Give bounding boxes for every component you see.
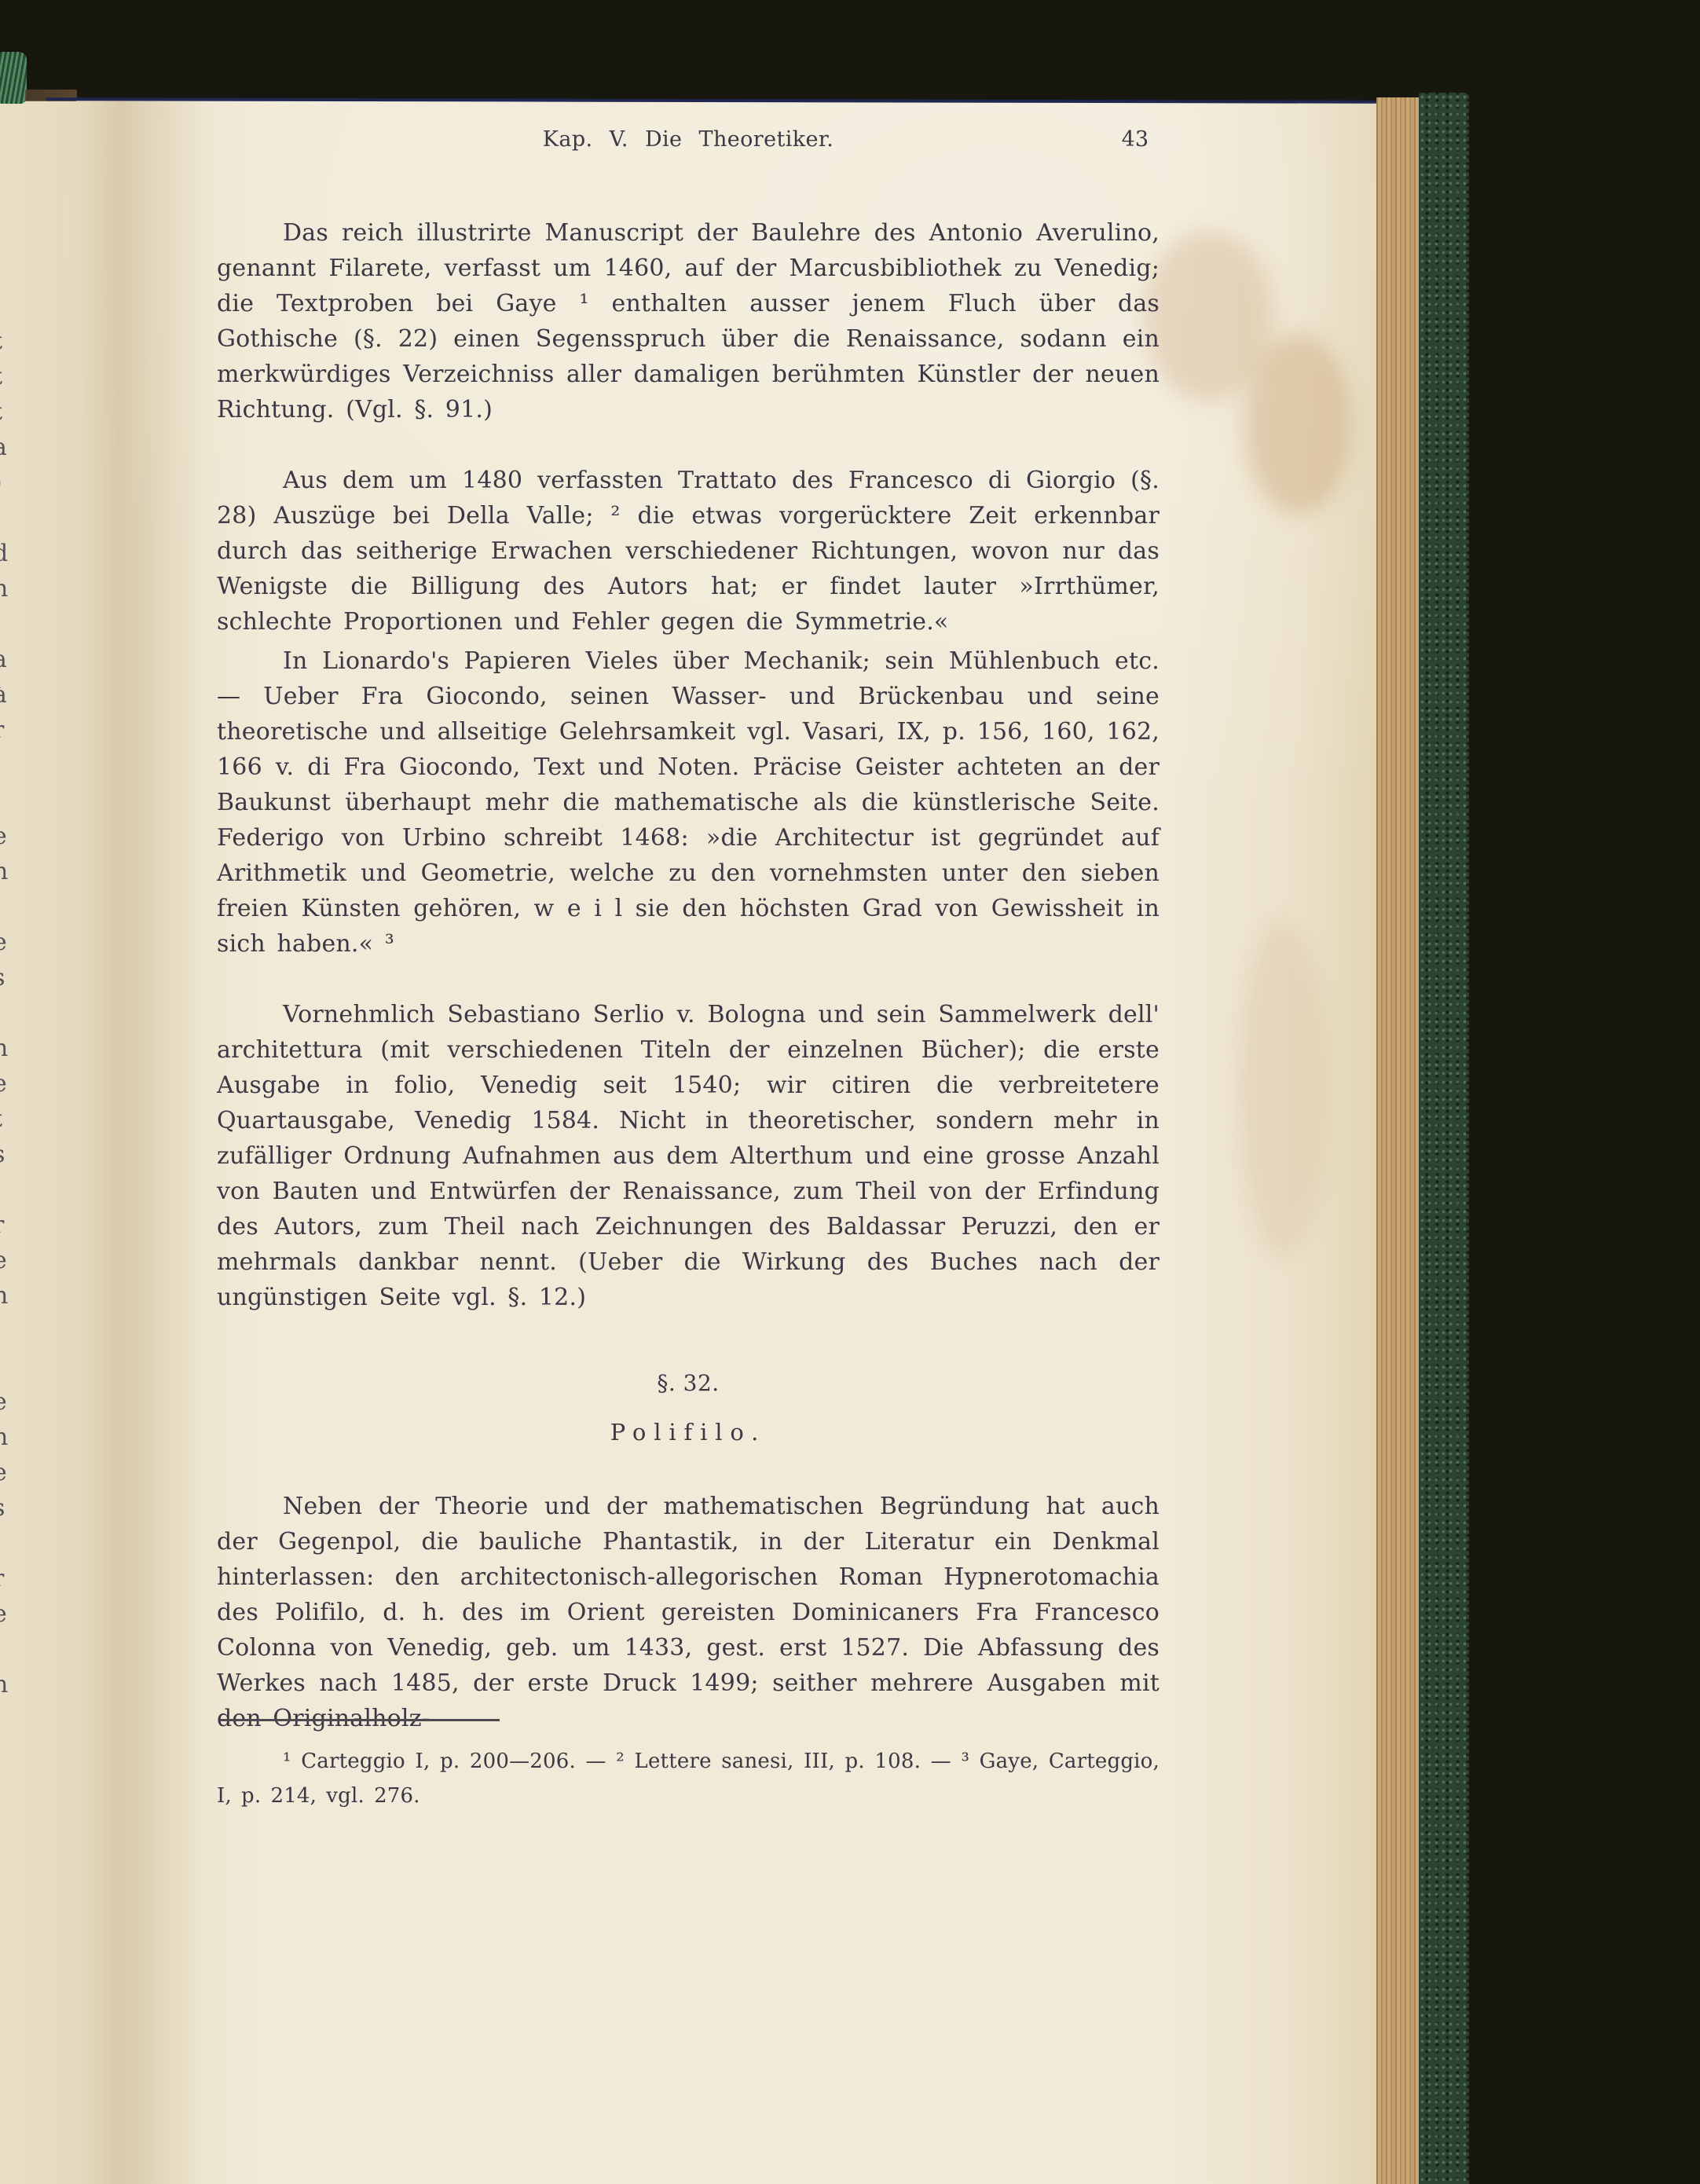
running-title: Kap. V. Die Theoretiker. bbox=[217, 127, 1160, 152]
fragment-char: - bbox=[0, 1632, 24, 1667]
fragment-char: r bbox=[0, 713, 24, 748]
fragment-char: e bbox=[0, 925, 24, 960]
fragment-char: t bbox=[0, 324, 24, 359]
fragment-char: t bbox=[0, 1101, 24, 1137]
fragment-char: e bbox=[0, 819, 24, 854]
fragment-char: , bbox=[0, 783, 24, 819]
fragment-char: s bbox=[0, 960, 24, 995]
fragment-char: e bbox=[0, 1596, 24, 1632]
fragment-char: n bbox=[0, 1031, 24, 1066]
fragment-char: r bbox=[0, 1561, 24, 1596]
fragment-char: r bbox=[0, 1207, 24, 1243]
paragraph-francesco-di-giorgio: Aus dem um 1480 verfassten Trattato des … bbox=[217, 463, 1160, 639]
page-number: 43 bbox=[1122, 127, 1149, 152]
fragment-char: - bbox=[0, 1349, 24, 1384]
fragment-char: n bbox=[0, 1278, 24, 1314]
fragment-char: à bbox=[0, 677, 24, 713]
fragment-char: n bbox=[0, 1420, 24, 1455]
fragment-char: d bbox=[0, 536, 24, 571]
book-photo: ttta)idnaàr,,enes.netslren-enes-re-n Kap… bbox=[0, 0, 1700, 2184]
fragment-char: s bbox=[0, 1490, 24, 1526]
binding-headband bbox=[0, 52, 27, 104]
page-block-edges bbox=[1376, 97, 1420, 2184]
footnote-rule bbox=[220, 1719, 500, 1721]
fragment-char: e bbox=[0, 1243, 24, 1278]
fragment-char: n bbox=[0, 854, 24, 889]
fragment-char bbox=[0, 1314, 24, 1349]
fragment-char: e bbox=[0, 1384, 24, 1420]
fragment-char: , bbox=[0, 748, 24, 783]
fragment-char: i bbox=[0, 500, 24, 536]
fragment-char: s bbox=[0, 1137, 24, 1172]
paragraph-polifilo: Neben der Theorie und der mathematischen… bbox=[217, 1489, 1160, 1736]
paragraph-serlio: Vornehmlich Sebastiano Serlio v. Bologna… bbox=[217, 997, 1160, 1315]
fragment-char: n bbox=[0, 571, 24, 606]
fragment-char: a bbox=[0, 642, 24, 677]
fragment-char bbox=[0, 606, 24, 642]
book-cover-edge bbox=[1419, 93, 1469, 2184]
fragment-char: e bbox=[0, 1455, 24, 1490]
fragment-char: t bbox=[0, 359, 24, 394]
fragment-char: n bbox=[0, 1667, 24, 1702]
fragment-char: l bbox=[0, 1172, 24, 1207]
paragraph-lionardo-fra-giocondo: In Lionardo's Papieren Vieles über Mecha… bbox=[217, 643, 1160, 962]
fragment-char: e bbox=[0, 1066, 24, 1101]
section-title-heading: Polifilo. bbox=[217, 1419, 1160, 1446]
fragment-char: ) bbox=[0, 465, 24, 500]
fragment-char: . bbox=[0, 995, 24, 1031]
fragment-char bbox=[0, 889, 24, 925]
fragment-char: a bbox=[0, 430, 24, 465]
fragment-char: - bbox=[0, 1526, 24, 1561]
fragment-char: t bbox=[0, 394, 24, 430]
paragraph-filarete: Das reich illustrirte Manuscript der Bau… bbox=[217, 215, 1160, 427]
facing-page-text-fragments: ttta)idnaàr,,enes.netslren-enes-re-n bbox=[0, 324, 31, 1702]
footnotes: ¹ Carteggio I, p. 200—206. — ² Lettere s… bbox=[217, 1744, 1160, 1813]
section-number-heading: §. 32. bbox=[217, 1370, 1160, 1396]
page-header: Kap. V. Die Theoretiker. 43 bbox=[217, 127, 1160, 159]
